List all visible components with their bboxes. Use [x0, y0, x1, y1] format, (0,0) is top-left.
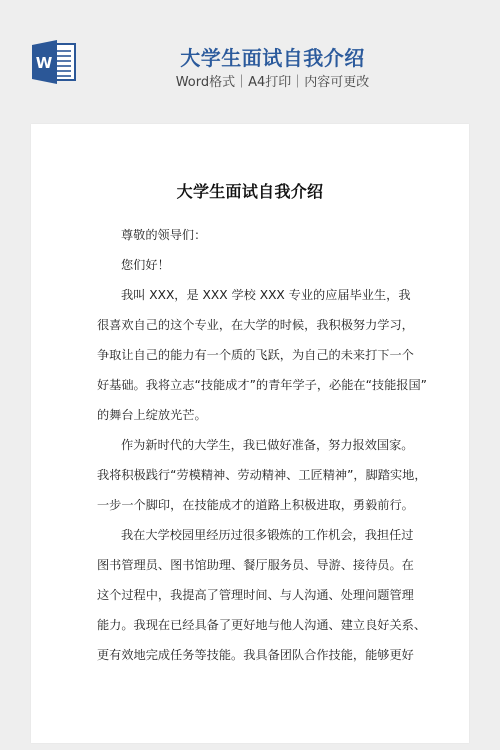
body-line: 能力。我现在已经具备了更好地与他人沟通、建立良好关系、 [97, 610, 407, 640]
body-line: 尊敬的领导们： [97, 220, 407, 250]
body-line: 一步一个脚印，在技能成才的道路上积极进取，勇毅前行。 [97, 490, 407, 520]
document-title: 大学生面试自我介绍 [31, 181, 469, 203]
body-line: 这个过程中，我提高了管理时间、与人沟通、处理问题管理 [97, 580, 407, 610]
body-line: 图书管理员、图书馆助理、餐厅服务员、导游、接待员。在 [97, 550, 407, 580]
body-line: 作为新时代的大学生，我已做好准备，努力报效国家。 [97, 430, 407, 460]
body-line: 的舞台上绽放光芒。 [97, 400, 407, 430]
body-line: 争取让自己的能力有一个质的飞跃，为自己的未来打下一个 [97, 340, 407, 370]
header-title: 大学生面试自我介绍 [0, 44, 500, 72]
body-line: 我在大学校园里经历过很多锻炼的工作机会，我担任过 [97, 520, 407, 550]
body-line: 好基础。我将立志“技能成才”的青年学子，必能在“技能报国” [97, 370, 407, 400]
body-line: 很喜欢自己的这个专业，在大学的时候，我积极努力学习， [97, 310, 407, 340]
body-line: 您们好！ [97, 250, 407, 280]
document-page: 大学生面试自我介绍 尊敬的领导们： 您们好！ 我叫 XXX，是 XXX 学校 X… [31, 124, 469, 743]
body-line: 更有效地完成任务等技能。我具备团队合作技能，能够更好 [97, 640, 407, 670]
body-line: 我叫 XXX，是 XXX 学校 XXX 专业的应届毕业生，我 [97, 280, 407, 310]
body-line: 我将积极践行“劳模精神、劳动精神、工匠精神”，脚踏实地， [97, 460, 407, 490]
document-body: 尊敬的领导们： 您们好！ 我叫 XXX，是 XXX 学校 XXX 专业的应届毕业… [97, 220, 407, 670]
header-subtitle: Word格式｜A4打印｜内容可更改 [0, 74, 500, 92]
